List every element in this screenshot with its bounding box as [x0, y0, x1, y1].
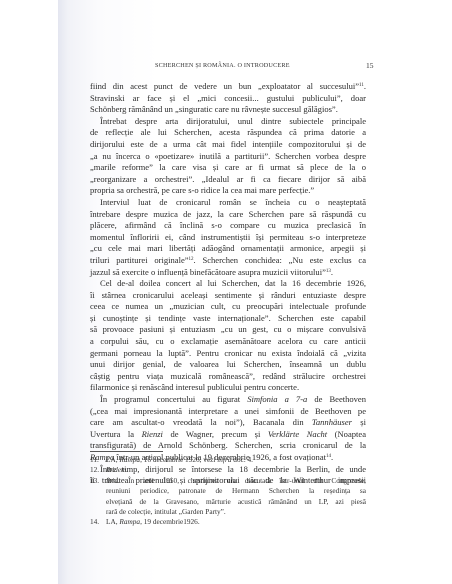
text-line: dirijorului este de a urma cât mai fidel… [90, 139, 366, 151]
text-line: plăcere, afirmând că înclină s-o compare… [90, 220, 366, 232]
text-line: germani porneau la luptă”. Pentru cronic… [90, 348, 366, 360]
text-line: ceea ce numea un „muzician cult, cu preo… [90, 301, 366, 313]
text-line: îi stârnea cronicarului aceleași sentime… [90, 290, 366, 302]
footnote: 11.LA, Rampa, 16 decembrie 1926, vezi in… [90, 455, 366, 465]
footnote-number: 13. [90, 476, 99, 486]
text-line: Stravinski ar face și el „mici concesii.… [90, 93, 366, 105]
footnote-line: rară de colecție, intitulat „Garden Part… [106, 507, 366, 517]
text-line: Uvertura la Rienzi de Wagner, precum și … [90, 429, 366, 441]
footnote-separator [90, 451, 163, 452]
text-line: („cea mai impresionantă interpretare a u… [90, 406, 366, 418]
text-line: câștig pentru viața muzicală românească”… [90, 371, 366, 383]
text-line: unui dirijor genial, de valoarea lui Sch… [90, 359, 366, 371]
text-line: Interviul luat de cronicarul român se în… [90, 197, 366, 209]
footnote-line: reuniuni periodice, patronate de Hermann… [106, 486, 366, 496]
footnote-line: Ibid. În anii 1950, chestiunea era discu… [106, 476, 366, 486]
footnote: 12.Ibidem. [90, 465, 366, 475]
footnote-number: 14. [90, 517, 99, 527]
text-line: „marile reforme” la care visa și care ar… [90, 162, 366, 174]
footnote-line: Ibidem. [106, 465, 366, 475]
footnote: 14.LA, Rampa, 19 decembrie1926. [90, 517, 366, 527]
text-line: de reflecție ale lui Scherchen, acesta r… [90, 127, 366, 139]
text-line: și cunoștințe și tendințe vaste internaț… [90, 313, 366, 325]
footnote-number: 12. [90, 465, 99, 475]
text-line: Schönberg rămânând un „singuratic care n… [90, 104, 366, 116]
text-line: să provoace pasiuni și entuziasm „cu un … [90, 324, 366, 336]
text-line: care am ascultat-o vreodată la noi”), Ba… [90, 417, 366, 429]
text-line: întrebare despre muzica de jazz, la care… [90, 209, 366, 221]
text-line: filarmonice și renăscând interesul publi… [90, 382, 366, 394]
text-line: Întrebat despre arta dirijoratului, unul… [90, 116, 366, 128]
running-head: SCHERCHEN ȘI ROMÂNIA. O INTRODUCERE [155, 62, 290, 69]
text-line: triluri partiturei originale”12. Scherch… [90, 255, 366, 267]
text-line: a corpului său, cu o exclamație asemănăt… [90, 336, 366, 348]
footnotes: 11.LA, Rampa, 16 decembrie 1926, vezi in… [90, 455, 366, 528]
text-line: „a nu încerca o «poetizare» inutilă a pa… [90, 151, 366, 163]
text-line: propria sa orchestră, pe care s-o ridice… [90, 185, 366, 197]
footnote-line: LA, Rampa, 16 decembrie 1926, vezi infra… [106, 455, 366, 465]
text-line: În programul concertului au figurat Simf… [90, 394, 366, 406]
text-line: jazzul să exercite o influență binefăcăt… [90, 267, 366, 279]
text-line: Cel de-al doilea concert al lui Scherche… [90, 278, 366, 290]
text-line: „reorganizare a orchestrei”. „Idealul ar… [90, 174, 366, 186]
footnote-line: elvețiană de la Gravesano, mărturie acus… [106, 497, 366, 507]
page-header: SCHERCHEN ȘI ROMÂNIA. O INTRODUCERE 15 [58, 62, 393, 74]
footnote-line: LA, Rampa, 19 decembrie1926. [106, 517, 366, 527]
text-line: momentul înfloririi ei, când instrumenti… [90, 232, 366, 244]
page-number: 15 [366, 61, 374, 70]
body-text: fiind din acest punct de vedere un bun „… [90, 81, 366, 487]
book-page: SCHERCHEN ȘI ROMÂNIA. O INTRODUCERE 15 f… [58, 0, 393, 584]
footnote-number: 11. [90, 455, 99, 465]
text-line: fiind din acest punct de vedere un bun „… [90, 81, 366, 93]
footnote: 13.Ibid. În anii 1950, chestiunea era di… [90, 476, 366, 518]
text-line: „cu cele mai mari libertăți adăogând orn… [90, 243, 366, 255]
